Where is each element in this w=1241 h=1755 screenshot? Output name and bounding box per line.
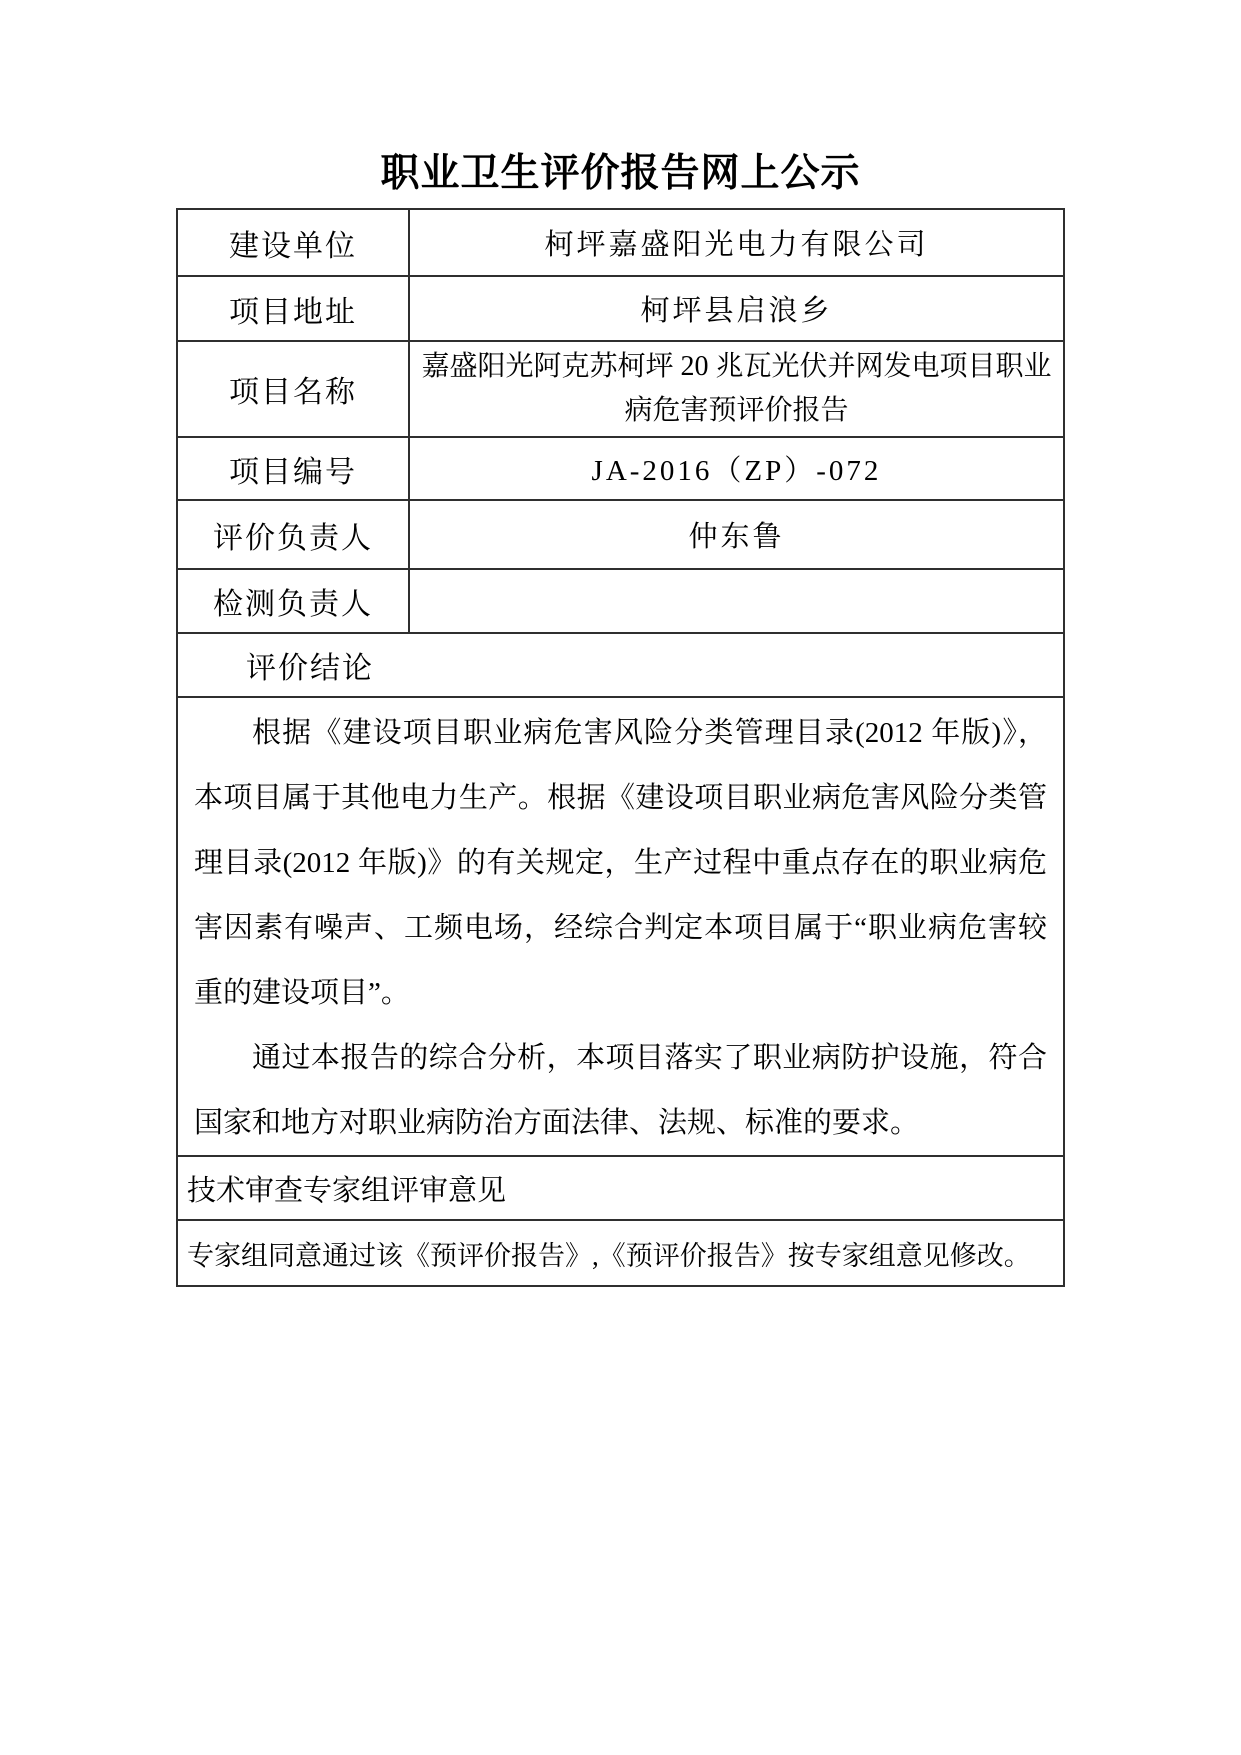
row-value: 仲东鲁 <box>410 501 1063 568</box>
conclusion-body: 根据《建设项目职业病危害风险分类管理目录(2012 年版)》，本项目属于其他电力… <box>178 696 1063 1155</box>
row-value: 柯坪嘉盛阳光电力有限公司 <box>410 210 1063 275</box>
table-row-project-name: 项目名称 嘉盛阳光阿克苏柯坪 20 兆瓦光伏并网发电项目职业病危害预评价报告 <box>178 340 1063 436</box>
table-row-construction-unit: 建设单位 柯坪嘉盛阳光电力有限公司 <box>178 210 1063 275</box>
row-label: 检测负责人 <box>178 570 410 632</box>
row-value: 嘉盛阳光阿克苏柯坪 20 兆瓦光伏并网发电项目职业病危害预评价报告 <box>410 342 1063 436</box>
row-label: 项目编号 <box>178 438 410 499</box>
row-value: 柯坪县启浪乡 <box>410 277 1063 340</box>
row-label: 评价负责人 <box>178 501 410 568</box>
conclusion-paragraph: 通过本报告的综合分析，本项目落实了职业病防护设施，符合国家和地方对职业病防治方面… <box>194 1026 1047 1155</box>
row-label: 项目地址 <box>178 277 410 340</box>
row-value <box>410 570 1063 632</box>
conclusion-header: 评价结论 <box>178 632 1063 696</box>
row-label: 建设单位 <box>178 210 410 275</box>
table-row-testing-leader: 检测负责人 <box>178 568 1063 632</box>
table-row-evaluation-leader: 评价负责人 仲东鲁 <box>178 499 1063 568</box>
table-row-project-number: 项目编号 JA-2016（ZP）-072 <box>178 436 1063 499</box>
expert-review-opinion: 专家组同意通过该《预评价报告》,《预评价报告》按专家组意见修改。 <box>178 1219 1063 1285</box>
expert-review-header: 技术审查专家组评审意见 <box>178 1155 1063 1219</box>
table-row-project-address: 项目地址 柯坪县启浪乡 <box>178 275 1063 340</box>
document-title: 职业卫生评价报告网上公示 <box>176 0 1065 202</box>
row-label: 项目名称 <box>178 342 410 436</box>
conclusion-paragraph: 根据《建设项目职业病危害风险分类管理目录(2012 年版)》，本项目属于其他电力… <box>194 701 1047 1026</box>
document-page: 职业卫生评价报告网上公示 建设单位 柯坪嘉盛阳光电力有限公司 项目地址 柯坪县启… <box>0 0 1241 1755</box>
publicity-table: 建设单位 柯坪嘉盛阳光电力有限公司 项目地址 柯坪县启浪乡 项目名称 嘉盛阳光阿… <box>176 208 1065 1287</box>
row-value: JA-2016（ZP）-072 <box>410 438 1063 499</box>
